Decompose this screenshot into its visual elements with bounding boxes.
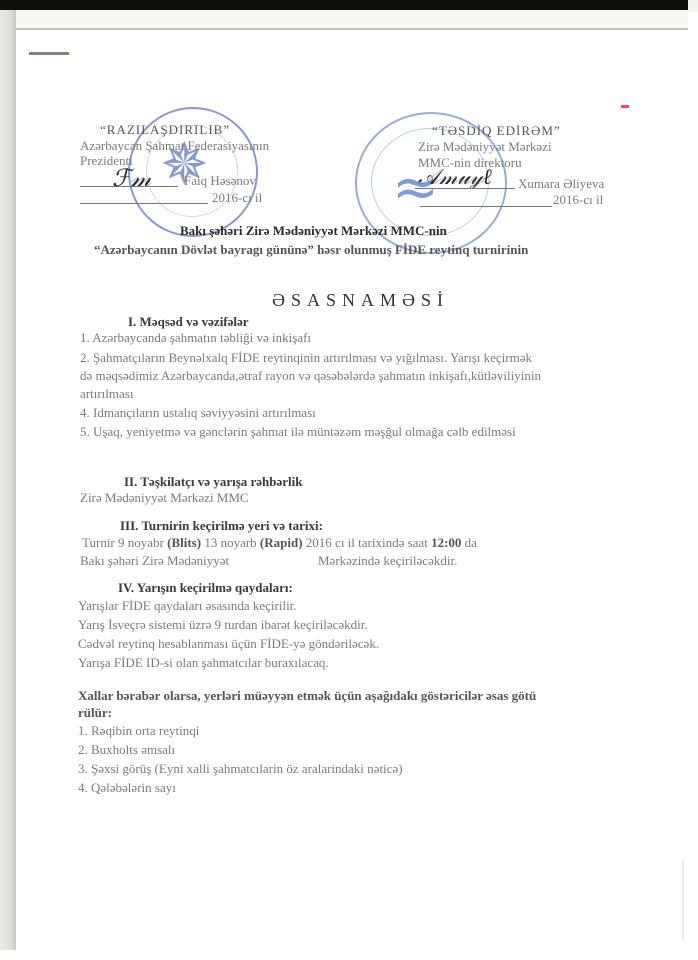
right-line1: Zirə Mədəniyyət Mərkəzi [418, 139, 552, 154]
section4-heading: IV. Yarışın keçirilmə qaydaları: [118, 580, 293, 595]
section3-line2a: Bakı şəhəri Zirə Mədəniyyət [80, 553, 229, 568]
text: 2016 cı il tarixində saat [303, 535, 432, 550]
scan-right-edge [682, 860, 684, 940]
signature-right: 𝒜𝓂𝓊𝓎ℓ [418, 164, 492, 190]
right-name: Xumara Əliyeva [518, 176, 604, 191]
tiebreak-item: 1. Rəqibin orta reytinqi [78, 723, 199, 738]
section1-heading: I. Məqsəd və vəzifələr [128, 314, 249, 329]
section1-item: 1. Azərbaycanda şahmatın təbliği və inki… [80, 330, 311, 345]
section4-item: Yarış İsveçrə sistemi üzrə 9 turdan ibar… [78, 617, 368, 632]
text: 12:00 [431, 535, 461, 550]
section2-body: Zirə Mədəniyyət Mərkəzi MMC [80, 490, 249, 505]
tiebreak-item: 3. Şəxsi görüş (Eyni xalli şahmatcılarin… [78, 761, 403, 776]
section1-item: artırılması [80, 386, 133, 401]
text: 13 noyarb [201, 535, 260, 550]
date-line [420, 206, 552, 207]
tiebreak-heading-line1: Xallar bərabər olarsa, yerləri müəyyən e… [78, 688, 536, 703]
scan-corner [688, 0, 698, 12]
scan-top-dark-border [0, 0, 688, 10]
signature-line [415, 188, 515, 189]
text: da [461, 535, 477, 550]
right-date: 2016-cı il [553, 192, 603, 207]
hole-punch-mark [29, 52, 69, 55]
left-date: 2016-cı il [212, 190, 262, 205]
signature-left: ℱ𝓂 [112, 164, 151, 192]
text: (Rapid) [260, 535, 303, 550]
text: (Blits) [167, 535, 201, 550]
tiebreak-item: 2. Buxholts əmsalı [78, 742, 175, 757]
section4-item: Yarışlar FİDE qaydaları əsasında keçiril… [78, 598, 297, 613]
left-line1: Azərbaycan Şahmat Federasiyasının [80, 138, 269, 153]
left-name: Faiq Həsənov [184, 173, 256, 188]
scan-top-gray [0, 10, 688, 29]
section1-item: də məqsədimiz Azərbaycanda,ətraf rayon v… [80, 368, 541, 383]
tiebreak-item: 4. Qələbələrin sayı [78, 780, 176, 795]
section4-item: Yarışa FİDE ID-si olan şahmatcılar burax… [78, 655, 329, 670]
section1-item: 2. Şahmatçıların Beynəlxalq FİDE reytinq… [80, 350, 532, 365]
section1-item: 4. Idmançıların ustalıq səviyyəsini artı… [80, 405, 316, 420]
section2-heading: II. Təşkilatçı və yarışa rəhbərlik [124, 474, 303, 489]
date-line [80, 203, 208, 204]
right-heading: “TƏSDİQ EDİRƏM” [432, 123, 561, 138]
intro-line2: “Azərbaycanın Dövlət bayragı gününə” həs… [94, 242, 528, 257]
tiebreak-heading-line2: rülür: [78, 705, 112, 720]
section1-item: 5. Uşaq, yeniyetmə və gənclərin şahmat i… [80, 424, 516, 439]
scan-left-edge [0, 10, 16, 950]
section4-item: Cədvəl reytinq hesablanması üçün FİDE-yə… [78, 636, 379, 651]
left-heading: “RAZILAŞDIRILIB” [100, 122, 230, 137]
pink-ink-mark [621, 105, 629, 108]
text: Turnir 9 noyabr [82, 535, 167, 550]
intro-line1: Bakı şəhəri Zirə Mədəniyyət Mərkəzi MMC-… [180, 223, 447, 238]
page-top-edge [16, 28, 688, 30]
section3-heading: III. Turnirin keçirilmə yeri və tarixi: [120, 518, 323, 533]
document-title: ƏSASNAMƏSİ [272, 290, 449, 310]
section3-line1: Turnir 9 noyabr (Blits) 13 noyarb (Rapid… [82, 535, 477, 550]
section3-line2b: Mərkəzində keçiriləcəkdir. [318, 553, 457, 568]
